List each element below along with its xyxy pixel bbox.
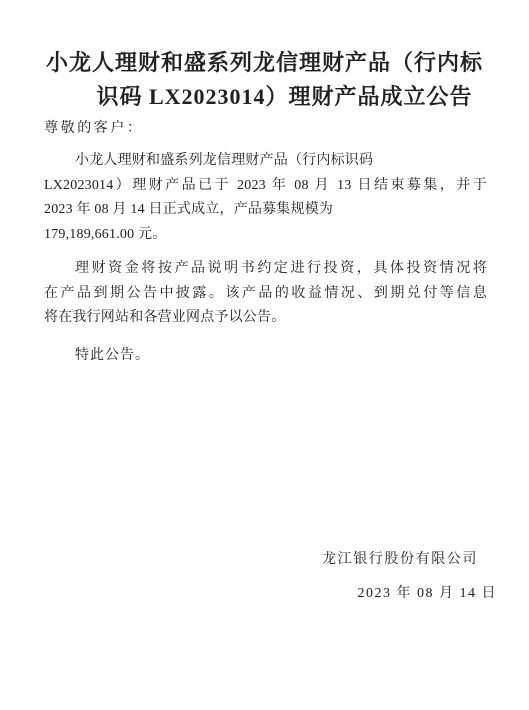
signature-company: 龙江银行股份有限公司 [322, 548, 478, 573]
text-line: 理财资金将按产品说明书约定进行投资，具体投资情况将 [44, 257, 487, 282]
paragraph-establishment: 小龙人理财和盛系列龙信理财产品（行内标识码 LX2023014）理财产品已于 2… [44, 149, 487, 248]
title-line-2: 识码 LX2023014）理财产品成立公告 [0, 80, 529, 114]
text-line: 2023 年 08 月 14 日正式成立，产品募集规模为 [44, 198, 487, 223]
greeting-line: 尊敬的客户： [44, 117, 144, 142]
announcement-document: 小龙人理财和盛系列龙信理财产品（行内标 识码 LX2023014）理财产品成立公… [0, 0, 529, 710]
paragraph-investment-disclosure: 理财资金将按产品说明书约定进行投资，具体投资情况将 在产品到期公告中披露。该产品… [44, 257, 487, 331]
text-line: 将在我行网站和各营业网点予以公告。 [44, 306, 487, 331]
text-line: 在产品到期公告中披露。该产品的收益情况、到期兑付等信息 [44, 282, 487, 307]
title-line-1: 小龙人理财和盛系列龙信理财产品（行内标 [0, 46, 529, 80]
closing-line: 特此公告。 [75, 344, 150, 369]
text-line: 179,189,661.00 元。 [44, 223, 487, 248]
text-line: LX2023014）理财产品已于 2023 年 08 月 13 日结束募集，并于 [44, 174, 487, 199]
document-title: 小龙人理财和盛系列龙信理财产品（行内标 识码 LX2023014）理财产品成立公… [0, 46, 529, 114]
text-line: 小龙人理财和盛系列龙信理财产品（行内标识码 [44, 149, 487, 174]
signature-date: 2023 年 08 月 14 日 [358, 582, 498, 607]
